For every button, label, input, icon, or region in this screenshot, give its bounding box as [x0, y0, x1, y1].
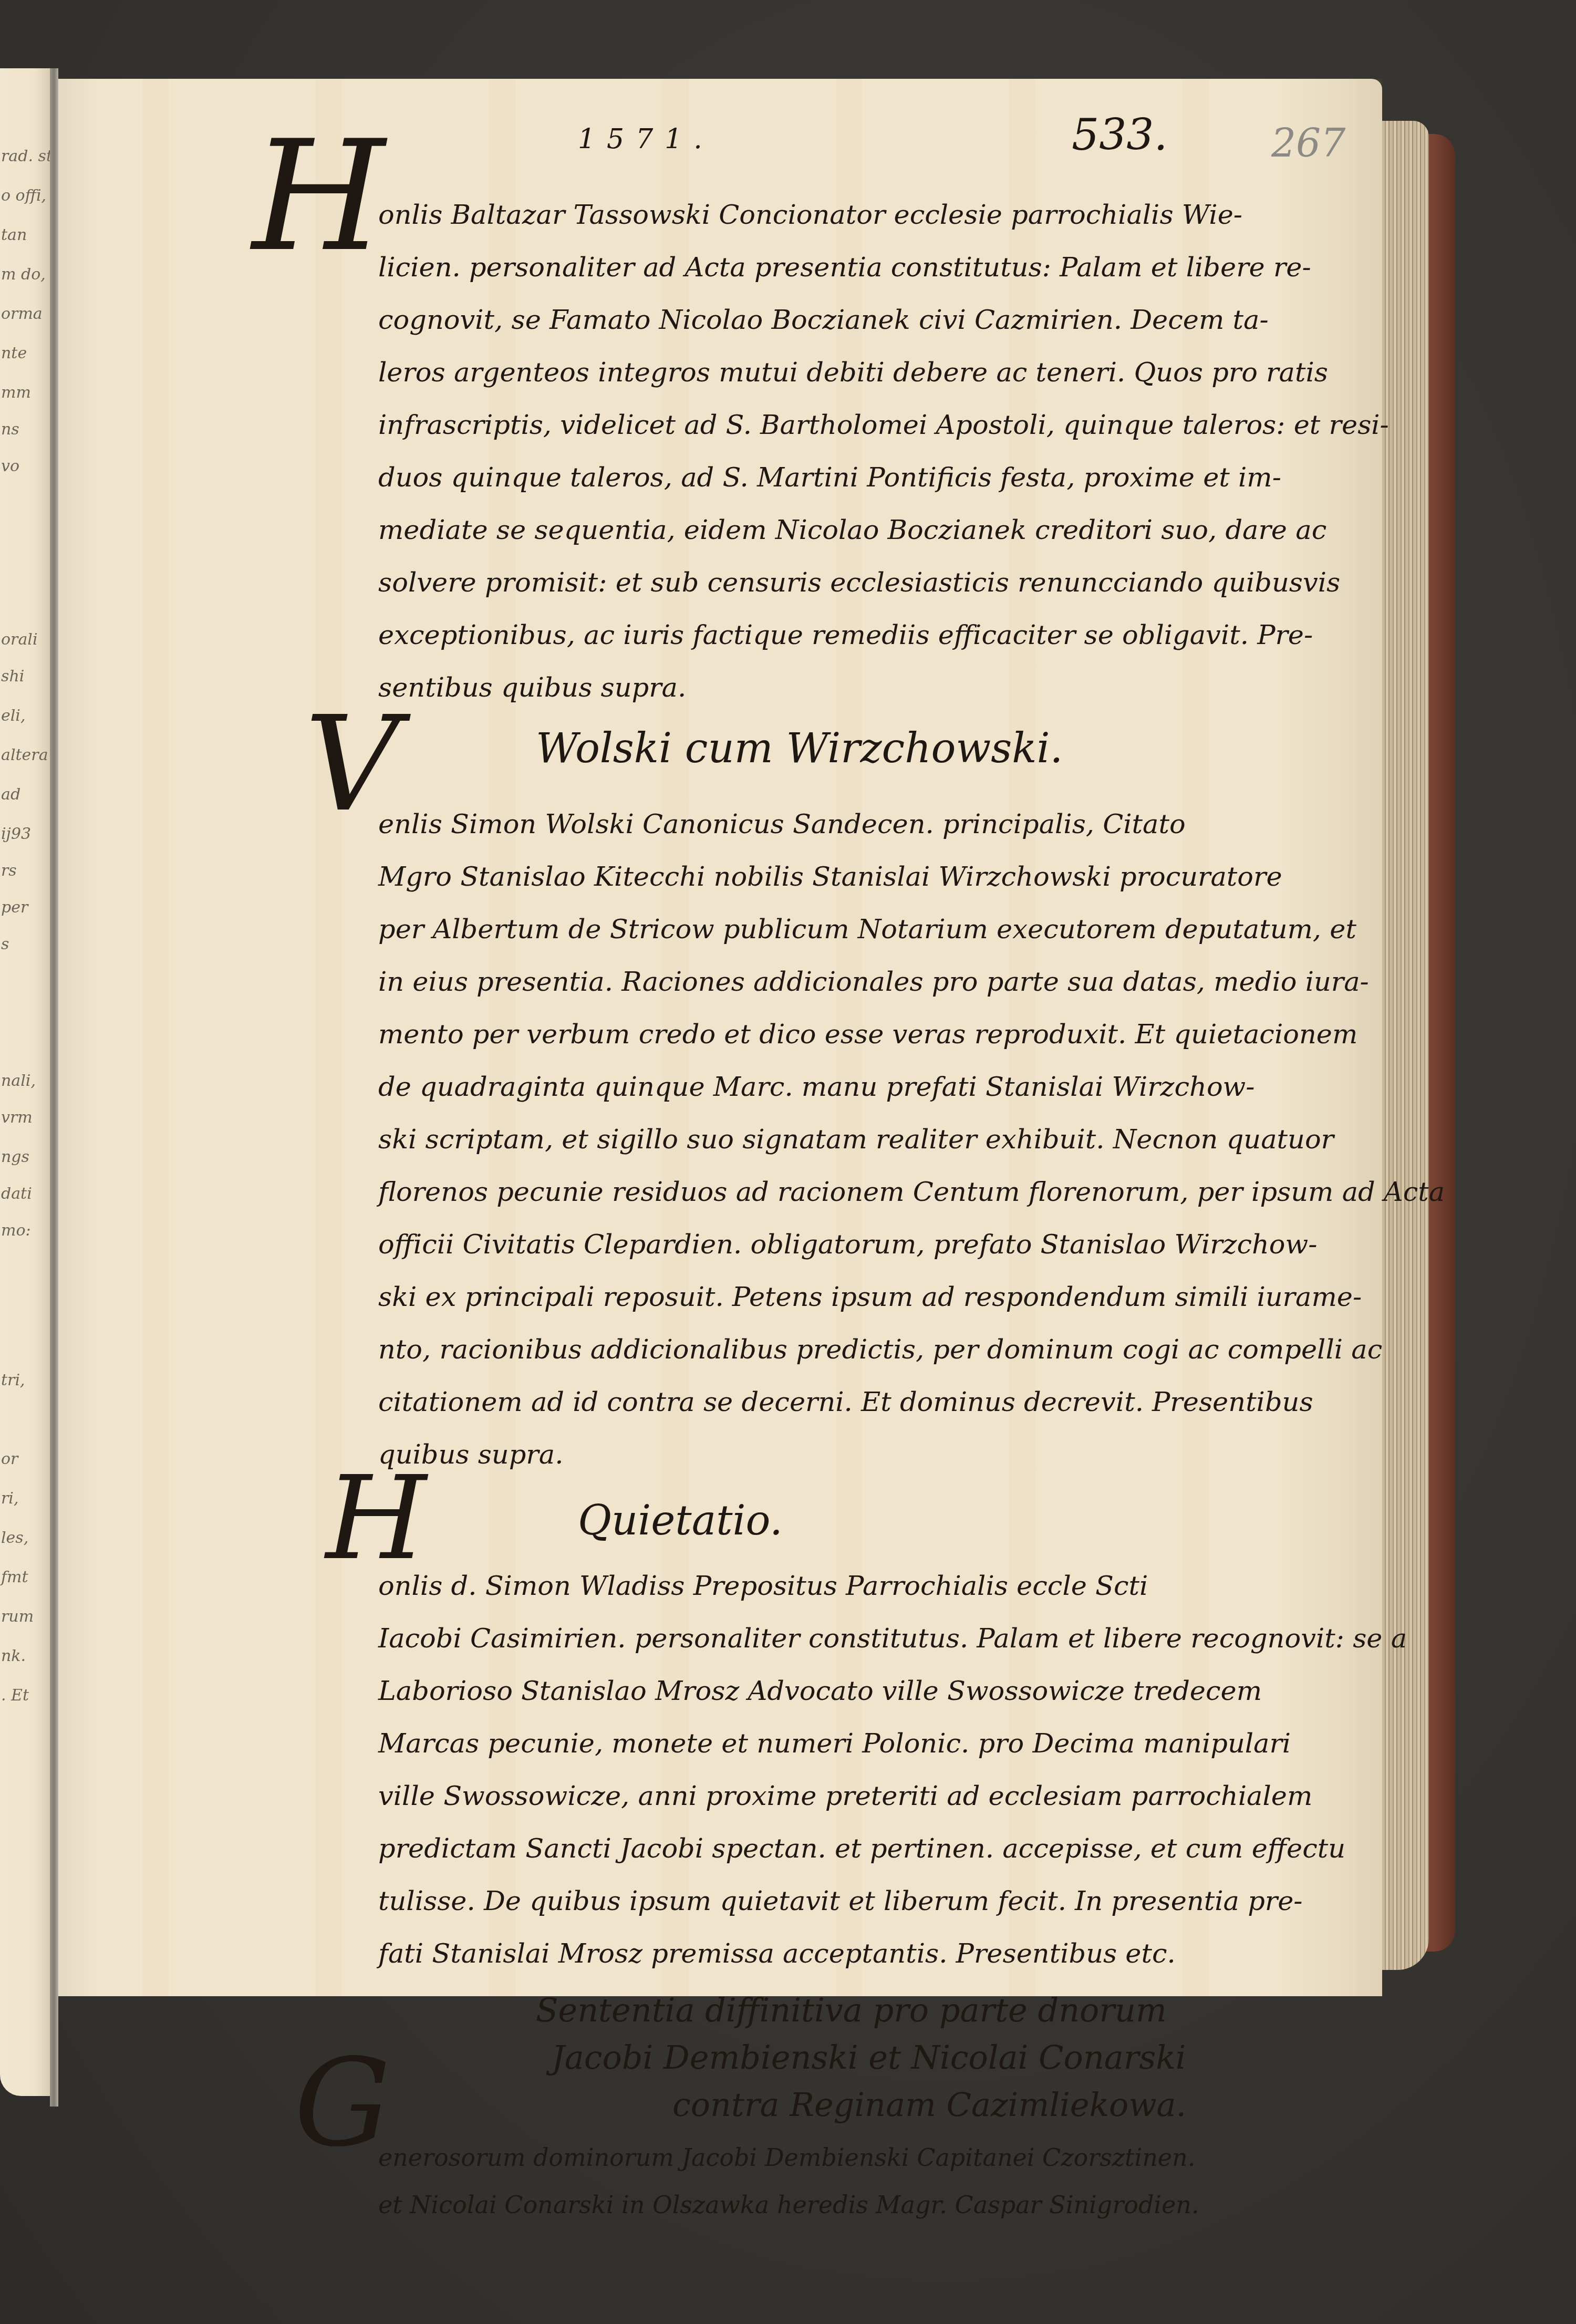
- prev-fragment: ij93: [1, 825, 31, 843]
- entry-2-line: citationem ad id contra se decerni. Et d…: [378, 1387, 1313, 1418]
- prev-fragment: m do,: [1, 265, 46, 284]
- prev-fragment: nk.: [1, 1647, 26, 1665]
- prev-fragment: mo:: [1, 1221, 31, 1240]
- prev-fragment: altera: [1, 746, 48, 764]
- previous-page-edge: rad. ste o offi, tan m do, orma nte mm n…: [0, 68, 50, 2096]
- entry-2-line: florenos pecunie residuos ad racionem Ce…: [378, 1177, 1445, 1208]
- prev-fragment: orali: [1, 630, 37, 649]
- prev-fragment: s: [1, 935, 9, 953]
- entry-3-line: Iacobi Casimirien. personaliter constitu…: [378, 1623, 1407, 1654]
- prev-fragment: rad. ste: [1, 147, 50, 165]
- entry-3-line: ville Swossowicze, anni proxime preterit…: [378, 1781, 1312, 1812]
- entry-1-line: cognovit, se Famato Nicolao Boczianek ci…: [378, 305, 1269, 336]
- prev-fragment: tan: [1, 226, 27, 244]
- prev-fragment: rs: [1, 862, 17, 880]
- book-gutter: [50, 68, 58, 2107]
- entry-3-line: tulisse. De quibus ipsum quietavit et li…: [378, 1886, 1303, 1917]
- decorated-initial: H: [326, 1460, 427, 1576]
- prev-fragment: o offi,: [1, 186, 46, 205]
- folio-number-pencil: 267: [1271, 121, 1345, 166]
- entry-1-line: infrascriptis, videlicet ad S. Bartholom…: [378, 410, 1389, 441]
- prev-fragment: ad: [1, 785, 20, 804]
- entry-3-line: predictam Sancti Jacobi spectan. et pert…: [378, 1833, 1345, 1864]
- prev-fragment: tri,: [1, 1371, 25, 1389]
- entry-2-line: mento per verbum credo et dico esse vera…: [378, 1019, 1357, 1050]
- entry-heading-line: contra Reginam Cazimliekowa.: [672, 2086, 1186, 2124]
- entry-2-line: ski scriptam, et sigillo suo signatam re…: [378, 1124, 1334, 1155]
- prev-fragment: les,: [1, 1529, 28, 1547]
- entry-3-line: fati Stanislai Mrosz premissa acceptanti…: [378, 1938, 1176, 1969]
- entry-2-line: Mgro Stanislao Kitecchi nobilis Stanisla…: [378, 862, 1282, 893]
- entry-4-line: et Nicolai Conarski in Olszawka heredis …: [378, 2191, 1199, 2219]
- prev-fragment: nte: [1, 344, 27, 362]
- entry-3-line: onlis d. Simon Wladiss Prepositus Parroc…: [378, 1571, 1148, 1602]
- entry-heading-line: Sententia diffinitiva pro parte dnorum: [536, 1991, 1167, 2029]
- prev-fragment: per: [1, 898, 28, 917]
- entry-2-line: ski ex principali reposuit. Petens ipsum…: [378, 1282, 1362, 1313]
- prev-fragment: dati: [1, 1185, 32, 1203]
- prev-fragment: ri,: [1, 1489, 18, 1508]
- folio-number-ink: 533.: [1072, 110, 1168, 160]
- entry-heading: Quietatio.: [578, 1497, 783, 1544]
- entry-1-line: solvere promisit: et sub censuris eccles…: [378, 567, 1340, 598]
- entry-2-line: de quadraginta quinque Marc. manu prefat…: [378, 1072, 1254, 1103]
- decorated-initial: H: [252, 121, 385, 273]
- entry-3-line: Marcas pecunie, monete et numeri Polonic…: [378, 1728, 1291, 1759]
- prev-fragment: nali,: [1, 1072, 36, 1090]
- prev-fragment: ns: [1, 420, 19, 439]
- decorated-initial: G: [294, 2043, 391, 2164]
- entry-1-line: leros argenteos integros mutui debiti de…: [378, 357, 1328, 388]
- prev-fragment: vrm: [1, 1108, 33, 1127]
- entry-heading-line: Jacobi Dembienski et Nicolai Conarski: [552, 2038, 1186, 2077]
- entry-2-line: enlis Simon Wolski Canonicus Sandecen. p…: [378, 809, 1186, 840]
- entry-4-line: enerosorum dominorum Jacobi Dembienski C…: [378, 2143, 1195, 2172]
- entry-1-line: sentibus quibus supra.: [378, 672, 686, 703]
- entry-2-line: nto, racionibus addicionalibus predictis…: [378, 1334, 1382, 1365]
- entry-1-line: licien. personaliter ad Acta presentia c…: [378, 252, 1311, 283]
- entry-2-line: per Albertum de Stricow publicum Notariu…: [378, 914, 1356, 945]
- prev-fragment: mm: [1, 383, 31, 402]
- year-heading: 1571.: [578, 123, 714, 155]
- entry-1-line: duos quinque taleros, ad S. Martini Pont…: [378, 462, 1281, 493]
- prev-fragment: or: [1, 1450, 18, 1468]
- entry-2-line: in eius presentia. Raciones addicionales…: [378, 967, 1369, 998]
- entry-heading: Wolski cum Wirzchowski.: [536, 725, 1063, 772]
- prev-fragment: shi: [1, 667, 24, 686]
- entry-2-line: officii Civitatis Clepardien. obligatoru…: [378, 1229, 1317, 1260]
- prev-fragment: orma: [1, 305, 43, 323]
- prev-fragment: fmt: [1, 1568, 28, 1586]
- prev-fragment: rum: [1, 1607, 34, 1626]
- entry-1-line: onlis Baltazar Tassowski Concionator ecc…: [378, 200, 1242, 231]
- prev-fragment: vo: [1, 457, 19, 475]
- entry-1-line: exceptionibus, ac iuris factique remedii…: [378, 620, 1313, 651]
- prev-fragment: ngs: [1, 1148, 29, 1166]
- prev-fragment: . Et: [1, 1686, 29, 1705]
- entry-1-line: mediate se sequentia, eidem Nicolao Bocz…: [378, 515, 1326, 546]
- prev-fragment: eli,: [1, 707, 25, 725]
- entry-3-line: Laborioso Stanislao Mrosz Advocato ville…: [378, 1676, 1262, 1707]
